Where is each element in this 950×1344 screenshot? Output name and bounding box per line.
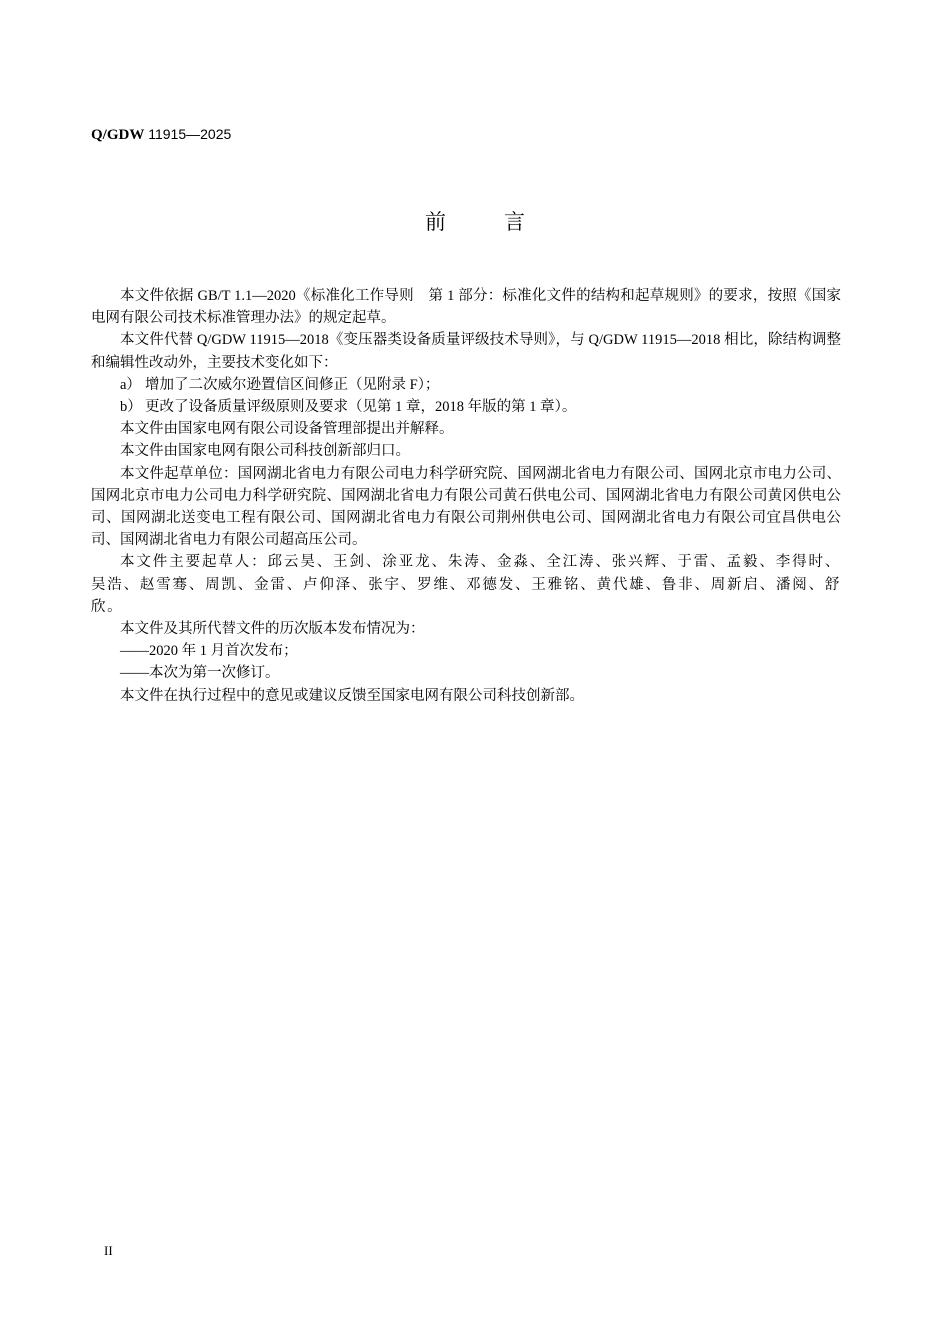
paragraph-feedback: 本文件在执行过程中的意见或建议反馈至国家电网有限公司科技创新部。 xyxy=(91,685,841,707)
paragraph-centralized-by: 本文件由国家电网有限公司科技创新部归口。 xyxy=(91,440,841,462)
page-number: II xyxy=(104,1243,113,1259)
page-title: 前言 xyxy=(0,206,950,236)
paragraph-drafting-units: 本文件起草单位：国网湖北省电力有限公司电力科学研究院、国网湖北省电力有限公司、国… xyxy=(91,463,841,552)
paragraph-proposed-by: 本文件由国家电网有限公司设备管理部提出并解释。 xyxy=(91,418,841,440)
list-marker: b） xyxy=(120,396,145,418)
history-item-1: ——2020 年 1 月首次发布； xyxy=(91,640,841,662)
paragraph-history-intro: 本文件及其所代替文件的历次版本发布情况为： xyxy=(91,618,841,640)
paragraph-drafters: 本文件主要起草人：邱云昊、王剑、涂亚龙、朱涛、金淼、全江涛、张兴辉、于雷、孟毅、… xyxy=(91,551,841,618)
change-text: 增加了二次威尔逊置信区间修正（见附录 F）； xyxy=(145,377,439,393)
standard-code: Q/GDW 11915—2025 xyxy=(91,126,231,144)
page-title-char-1: 前 xyxy=(425,206,446,236)
change-item-b: b）更改了设备质量评级原则及要求（见第 1 章，2018 年版的第 1 章）。 xyxy=(91,396,841,418)
list-marker: a） xyxy=(120,374,145,396)
change-text: 更改了设备质量评级原则及要求（见第 1 章，2018 年版的第 1 章）。 xyxy=(145,399,576,415)
page-title-char-2: 言 xyxy=(504,206,525,236)
foreword-body: 本文件依据 GB/T 1.1—2020《标准化工作导则 第 1 部分：标准化文件… xyxy=(91,285,841,707)
paragraph-basis: 本文件依据 GB/T 1.1—2020《标准化工作导则 第 1 部分：标准化文件… xyxy=(91,285,841,329)
standard-code-number: 11915—2025 xyxy=(144,126,231,142)
history-item-2: ——本次为第一次修订。 xyxy=(91,662,841,684)
change-item-a: a）增加了二次威尔逊置信区间修正（见附录 F）； xyxy=(91,374,841,396)
standard-code-prefix: Q/GDW xyxy=(91,127,144,143)
paragraph-replaces: 本文件代替 Q/GDW 11915—2018《变压器类设备质量评级技术导则》，与… xyxy=(91,329,841,373)
